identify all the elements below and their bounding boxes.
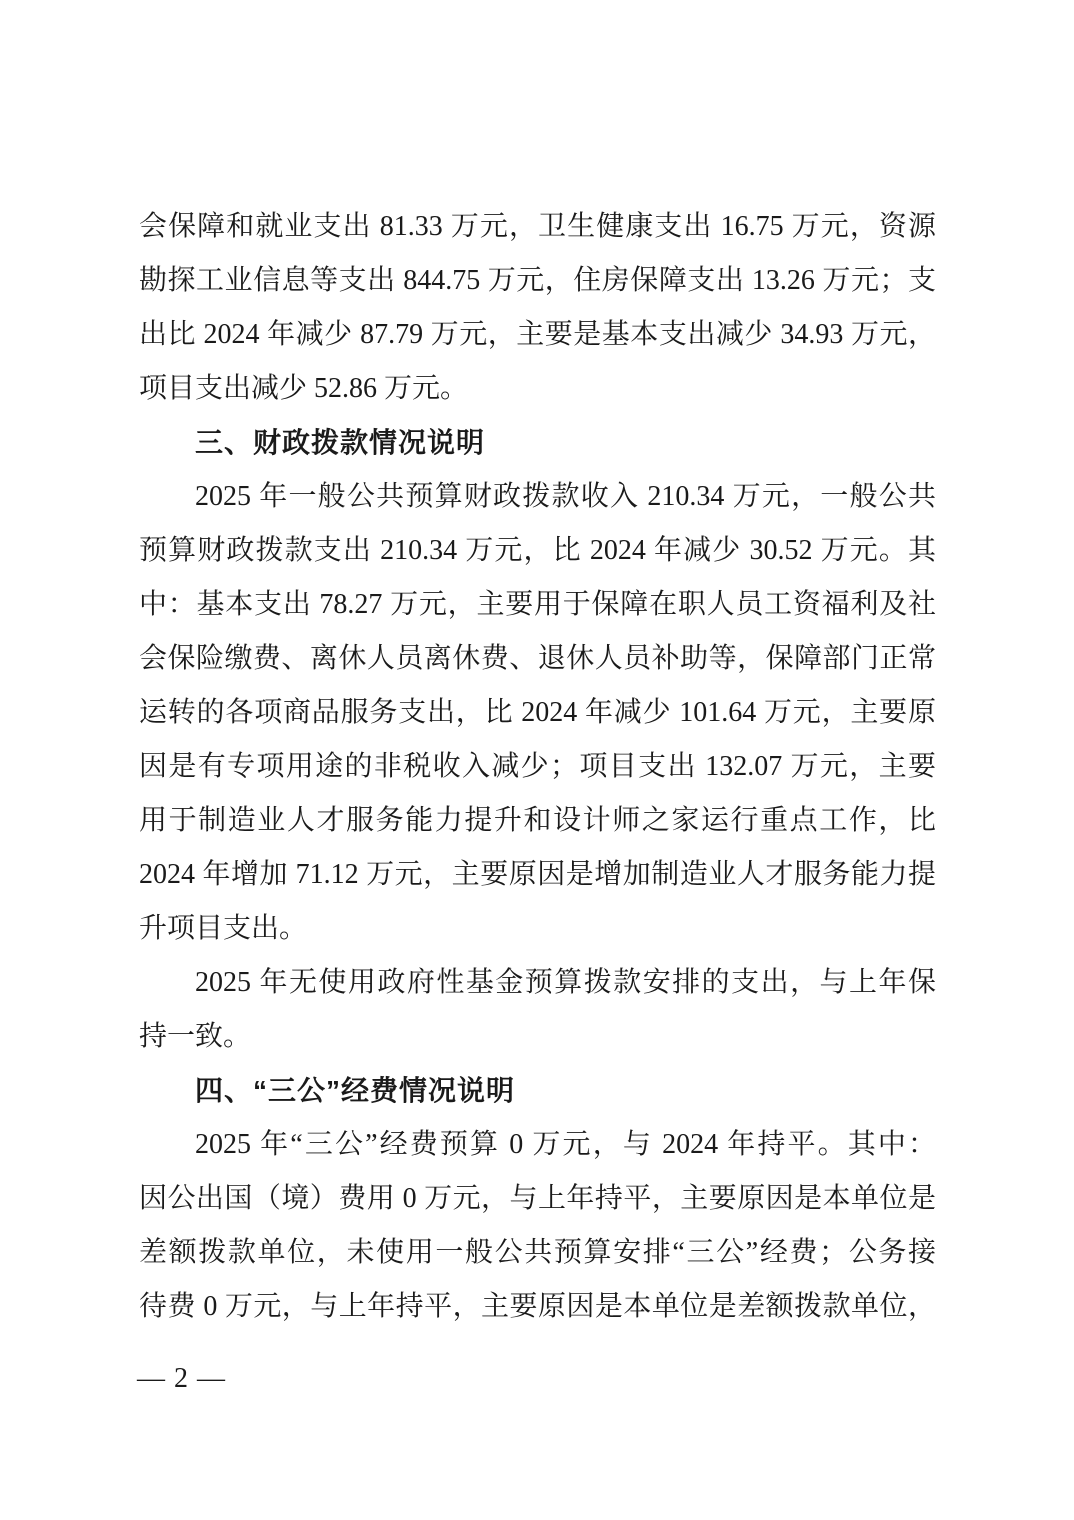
paragraph-line: 因是有专项用途的非税收入减少；项目支出 132.07 万元，主要 [139,740,936,794]
section-heading-fiscal-appropriation: 三、财政拨款情况说明 [139,416,936,470]
paragraph-line: 会保险缴费、离休人员离休费、退休人员补助等，保障部门正常 [139,632,936,686]
paragraph-line: 勘探工业信息等支出 844.75 万元，住房保障支出 13.26 万元；支 [139,254,936,308]
paragraph-line: 会保障和就业支出 81.33 万元，卫生健康支出 16.75 万元，资源 [139,200,936,254]
paragraph-line: 用于制造业人才服务能力提升和设计师之家运行重点工作，比 [139,794,936,848]
paragraph-line: 因公出国（境）费用 0 万元，与上年持平，主要原因是本单位是 [139,1172,936,1226]
paragraph-line: 差额拨款单位，未使用一般公共预算安排“三公”经费；公务接 [139,1226,936,1280]
paragraph-line: 预算财政拨款支出 210.34 万元，比 2024 年减少 30.52 万元。其 [139,524,936,578]
section-heading-three-public-expenses: 四、“三公”经费情况说明 [139,1064,936,1118]
paragraph-line: 待费 0 万元，与上年持平，主要原因是本单位是差额拨款单位， [139,1280,936,1334]
paragraph-line: 运转的各项商品服务支出，比 2024 年减少 101.64 万元，主要原 [139,686,936,740]
paragraph-line: 中：基本支出 78.27 万元，主要用于保障在职人员工资福利及社 [139,578,936,632]
paragraph-line: 2025 年一般公共预算财政拨款收入 210.34 万元，一般公共 [139,470,936,524]
paragraph-line: 2024 年增加 71.12 万元，主要原因是增加制造业人才服务能力提 [139,848,936,902]
paragraph-line: 持一致。 [139,1010,936,1064]
page-number: — 2 — [137,1365,226,1393]
paragraph-line: 升项目支出。 [139,902,936,956]
paragraph-line: 项目支出减少 52.86 万元。 [139,362,936,416]
paragraph-line: 2025 年无使用政府性基金预算拨款安排的支出，与上年保 [139,956,936,1010]
document-text-block: 会保障和就业支出 81.33 万元，卫生健康支出 16.75 万元，资源 勘探工… [139,200,936,1334]
paragraph-line: 出比 2024 年减少 87.79 万元，主要是基本支出减少 34.93 万元， [139,308,936,362]
paragraph-line: 2025 年“三公”经费预算 0 万元，与 2024 年持平。其中： [139,1118,936,1172]
